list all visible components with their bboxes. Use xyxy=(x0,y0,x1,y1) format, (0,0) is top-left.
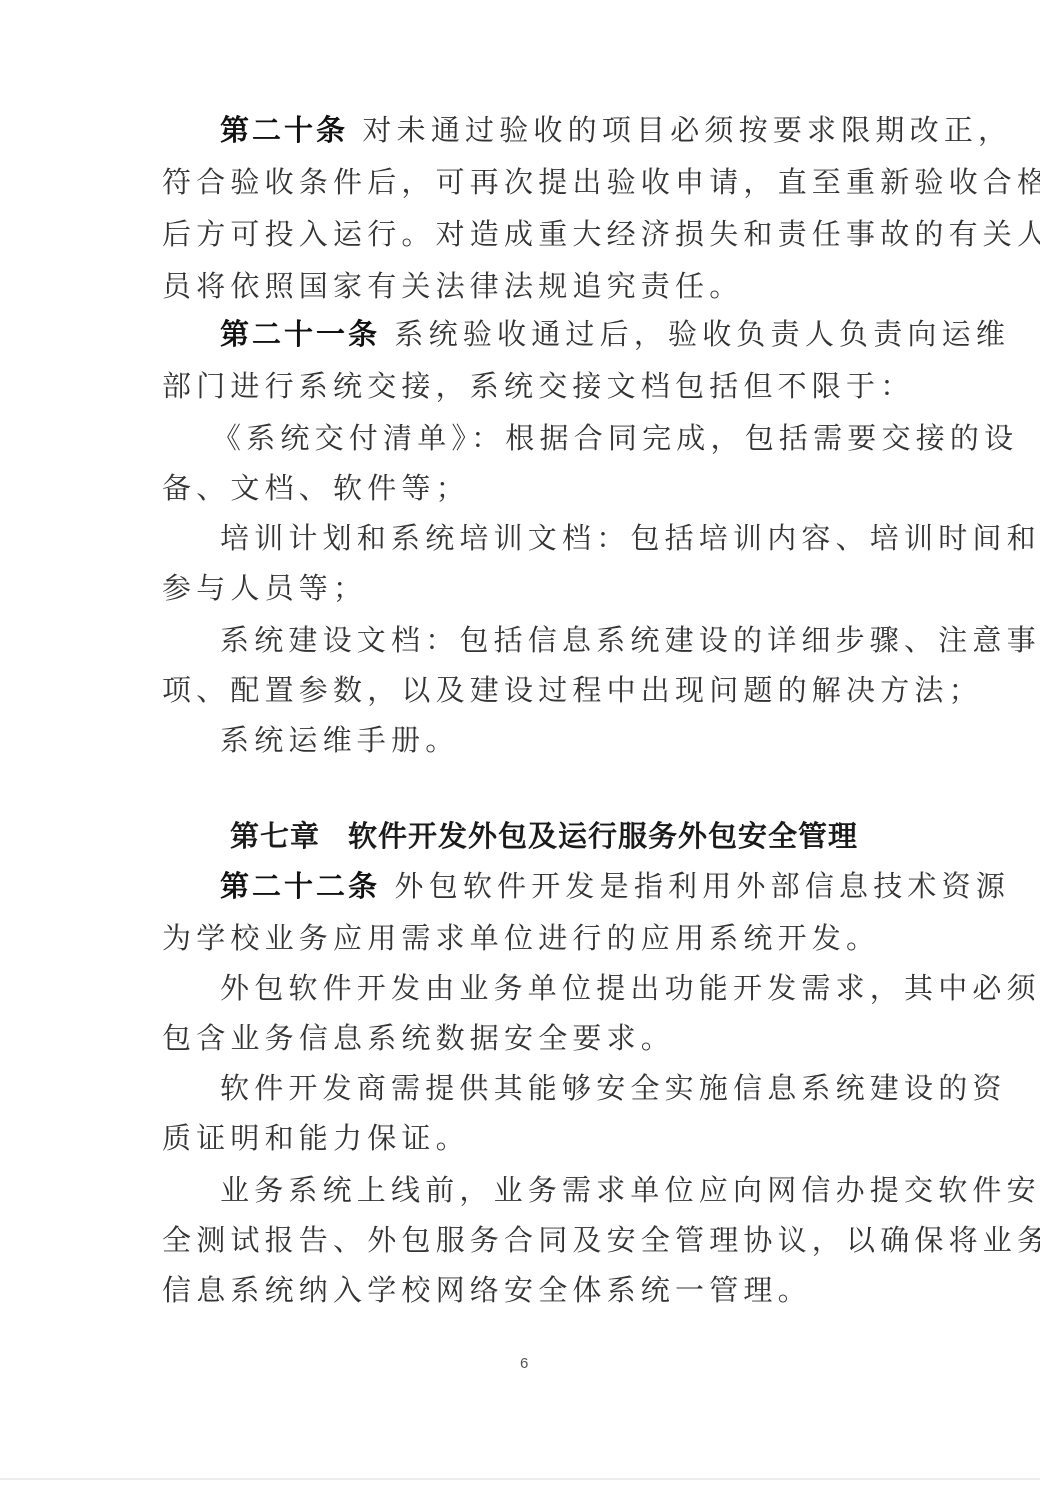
text-line: 符合验收条件后，可再次提出验收申请，直至重新验收合格 xyxy=(162,164,1040,200)
text-line: 参与人员等； xyxy=(162,570,367,606)
text-line: 员将依照国家有关法律法规追究责任。 xyxy=(162,268,743,304)
article-label: 第二十一条 xyxy=(220,317,380,351)
text-line: 《系统交付清单》：根据合同完成，包括需要交接的设 xyxy=(212,420,1018,456)
text-line: 质证明和能力保证。 xyxy=(162,1120,470,1156)
text-line: 后方可投入运行。对造成重大经济损失和责任事故的有关人 xyxy=(162,216,1040,252)
article-22-line-1: 第二十二条 外包软件开发是指利用外部信息技术资源 xyxy=(220,868,1010,904)
article-20-line-1: 第二十条 对未通过验收的项目必须按要求限期改正， xyxy=(220,112,1012,148)
text-line: 软件开发商需提供其能够安全实施信息系统建设的资 xyxy=(220,1070,1007,1106)
text-line: 信息系统纳入学校网络安全体系统一管理。 xyxy=(162,1272,812,1308)
text-line: 培训计划和系统培训文档：包括培训内容、培训时间和 xyxy=(220,520,1040,556)
article-label: 第二十条 xyxy=(220,113,348,147)
text-line: 系统建设文档：包括信息系统建设的详细步骤、注意事 xyxy=(220,622,1040,658)
text-line: 包含业务信息系统数据安全要求。 xyxy=(162,1020,675,1056)
chapter-heading: 第七章软件开发外包及运行服务外包安全管理 xyxy=(230,818,858,854)
chapter-number: 第七章 xyxy=(230,819,320,853)
text-line: 为学校业务应用需求单位进行的应用系统开发。 xyxy=(162,920,880,956)
text-line: 外包软件开发由业务单位提出功能开发需求，其中必须 xyxy=(220,970,1040,1006)
text-line: 全测试报告、外包服务合同及安全管理协议，以确保将业务 xyxy=(162,1222,1040,1258)
page-bottom-edge xyxy=(0,1478,1040,1480)
text-line: 项、配置参数，以及建设过程中出现问题的解决方法； xyxy=(162,672,983,708)
page-number: 6 xyxy=(520,1355,528,1372)
article-21-line-1: 第二十一条 系统验收通过后，验收负责人负责向运维 xyxy=(220,316,1010,352)
text-line: 部门进行系统交接，系统交接文档包括但不限于： xyxy=(162,368,914,404)
text-line: 备、文档、软件等； xyxy=(162,470,470,506)
text-line: 系统运维手册。 xyxy=(220,722,459,758)
article-label: 第二十二条 xyxy=(220,869,380,903)
chapter-title: 软件开发外包及运行服务外包安全管理 xyxy=(348,819,858,853)
document-page: 第二十条 对未通过验收的项目必须按要求限期改正， 符合验收条件后，可再次提出验收… xyxy=(0,0,1040,1486)
text-line: 业务系统上线前，业务需求单位应向网信办提交软件安 xyxy=(220,1172,1040,1208)
